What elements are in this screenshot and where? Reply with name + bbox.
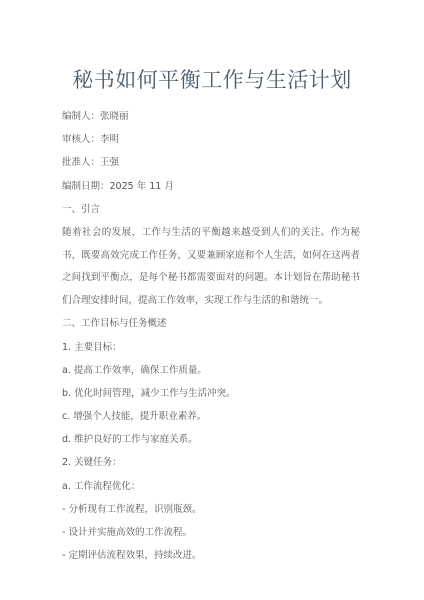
- goal-item: d. 维护良好的工作与家庭关系。: [62, 433, 362, 447]
- date-line: 编制日期：2025 年 11 月: [62, 180, 362, 194]
- task-item: - 设计并实施高效的工作流程。: [62, 526, 362, 540]
- goal-item: c. 增强个人技能，提升职业素养。: [62, 410, 362, 424]
- section-heading-goals: 二、工作目标与任务概述: [62, 317, 362, 331]
- task-item: - 定期评估流程效果，持续改进。: [62, 549, 362, 563]
- main-goals-label: 1. 主要目标：: [62, 341, 362, 355]
- task-item: - 分析现有工作流程，识别瓶颈。: [62, 503, 362, 517]
- key-tasks-label: 2. 关键任务：: [62, 456, 362, 470]
- author-line: 编制人：张晓丽: [62, 110, 362, 124]
- goal-item: b. 优化时间管理，减少工作与生活冲突。: [62, 387, 362, 401]
- section-heading-intro: 一、引言: [62, 203, 362, 217]
- reviewer-line: 审核人：李明: [62, 133, 362, 147]
- document-page: 秘书如何平衡工作与生活计划 编制人：张晓丽 审核人：李明 批准人：王强 编制日期…: [0, 0, 424, 600]
- task-a-label: a. 工作流程优化：: [62, 480, 362, 494]
- goal-item: a. 提高工作效率，确保工作质量。: [62, 364, 362, 378]
- approver-line: 批准人：王强: [62, 156, 362, 170]
- document-title: 秘书如何平衡工作与生活计划: [0, 66, 424, 94]
- document-body: 编制人：张晓丽 审核人：李明 批准人：王强 编制日期：2025 年 11 月 一…: [62, 110, 362, 572]
- intro-paragraph: 随着社会的发展，工作与生活的平衡越来越受到人们的关注。作为秘书，既要高效完成工作…: [62, 222, 360, 312]
